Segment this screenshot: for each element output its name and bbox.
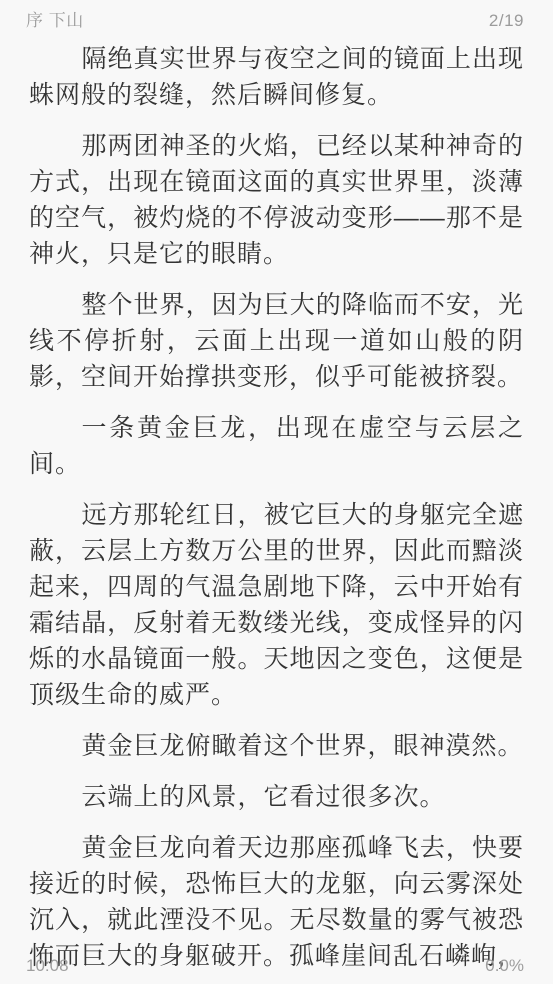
page-indicator: 2/19 [489,11,524,31]
reader-page: 序 下山 2/19 隔绝真实世界与夜空之间的镜面上出现蛛网般的裂缝，然后瞬间修复… [0,0,553,984]
chapter-title: 序 下山 [26,11,84,31]
reader-header: 序 下山 2/19 [0,0,553,31]
paragraph: 云端上的风景，它看过很多次。 [29,779,524,815]
paragraph: 远方那轮红日，被它巨大的身躯完全遮蔽，云层上方数万公里的世界，因此而黯淡起来，四… [29,497,524,713]
paragraph: 隔绝真实世界与夜空之间的镜面上出现蛛网般的裂缝，然后瞬间修复。 [29,41,524,113]
paragraph: 黄金巨龙俯瞰着这个世界，眼神漠然。 [29,728,524,764]
paragraph: 那两团神圣的火焰，已经以某种神奇的方式，出现在镜面这面的真实世界里，淡薄的空气，… [29,128,524,272]
progress-percent: 0.0% [485,956,524,976]
reading-area[interactable]: 隔绝真实世界与夜空之间的镜面上出现蛛网般的裂缝，然后瞬间修复。那两团神圣的火焰，… [0,31,553,974]
paragraph: 整个世界，因为巨大的降临而不安，光线不停折射，云面上出现一道如山般的阴影，空间开… [29,287,524,395]
paragraph: 黄金巨龙向着天边那座孤峰飞去，快要接近的时候，恐怖巨大的龙躯，向云雾深处沉入，就… [29,830,524,974]
paragraph: 一条黄金巨龙，出现在虚空与云层之间。 [29,410,524,482]
clock-time: 10:08 [26,956,69,976]
reader-footer: 10:08 0.0% [0,956,553,976]
